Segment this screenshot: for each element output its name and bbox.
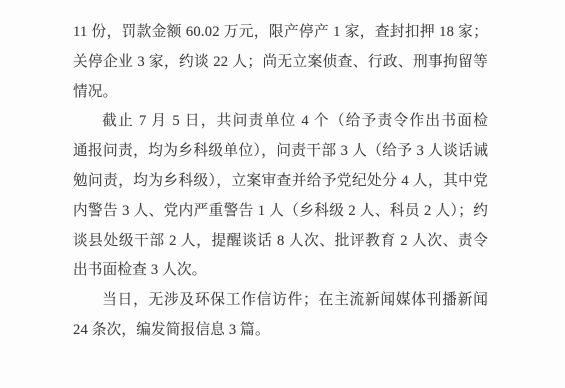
paragraph-accountability-statistics: 截止 7 月 5 日，共问责单位 4 个（给予责令作出书面检查、 通报问责，均为…	[73, 107, 488, 286]
text-line: 11 份，罚款金额 60.02 万元，限产停产 1 家，查封扣押 18 家；	[73, 18, 488, 48]
text-line: 内警告 3 人、党内严重警告 1 人（乡科级 2 人、科员 2 人）；约	[73, 197, 488, 227]
paragraph-enforcement-statistics: 11 份，罚款金额 60.02 万元，限产停产 1 家，查封扣押 18 家； 关…	[73, 18, 488, 107]
text-line: 24 条次，编发简报信息 3 篇。	[73, 316, 488, 346]
text-line: 情况。	[73, 78, 488, 108]
document-text-block: 11 份，罚款金额 60.02 万元，限产停产 1 家，查封扣押 18 家； 关…	[73, 18, 488, 346]
paragraph-petitions-and-news-coverage: 当日，无涉及环保工作信访件；在主流新闻媒体刊播新闻 24 条次，编发简报信息 3…	[73, 286, 488, 346]
text-line: 通报问责，均为乡科级单位），问责干部 3 人（给予 3 人谈话诫	[73, 137, 488, 167]
text-line: 关停企业 3 家，约谈 22 人；尚无立案侦查、行政、刑事拘留等	[73, 48, 488, 78]
text-line: 出书面检查 3 人次。	[73, 256, 488, 286]
text-line: 截止 7 月 5 日，共问责单位 4 个（给予责令作出书面检查、	[73, 107, 488, 137]
text-line: 谈县处级干部 2 人，提醒谈话 8 人次、批评教育 2 人次、责令作	[73, 227, 488, 257]
text-line: 当日，无涉及环保工作信访件；在主流新闻媒体刊播新闻	[73, 286, 488, 316]
document-page: 11 份，罚款金额 60.02 万元，限产停产 1 家，查封扣押 18 家； 关…	[0, 0, 565, 388]
text-line: 勉问责，均为乡科级），立案审查并给予党纪处分 4 人，其中党	[73, 167, 488, 197]
